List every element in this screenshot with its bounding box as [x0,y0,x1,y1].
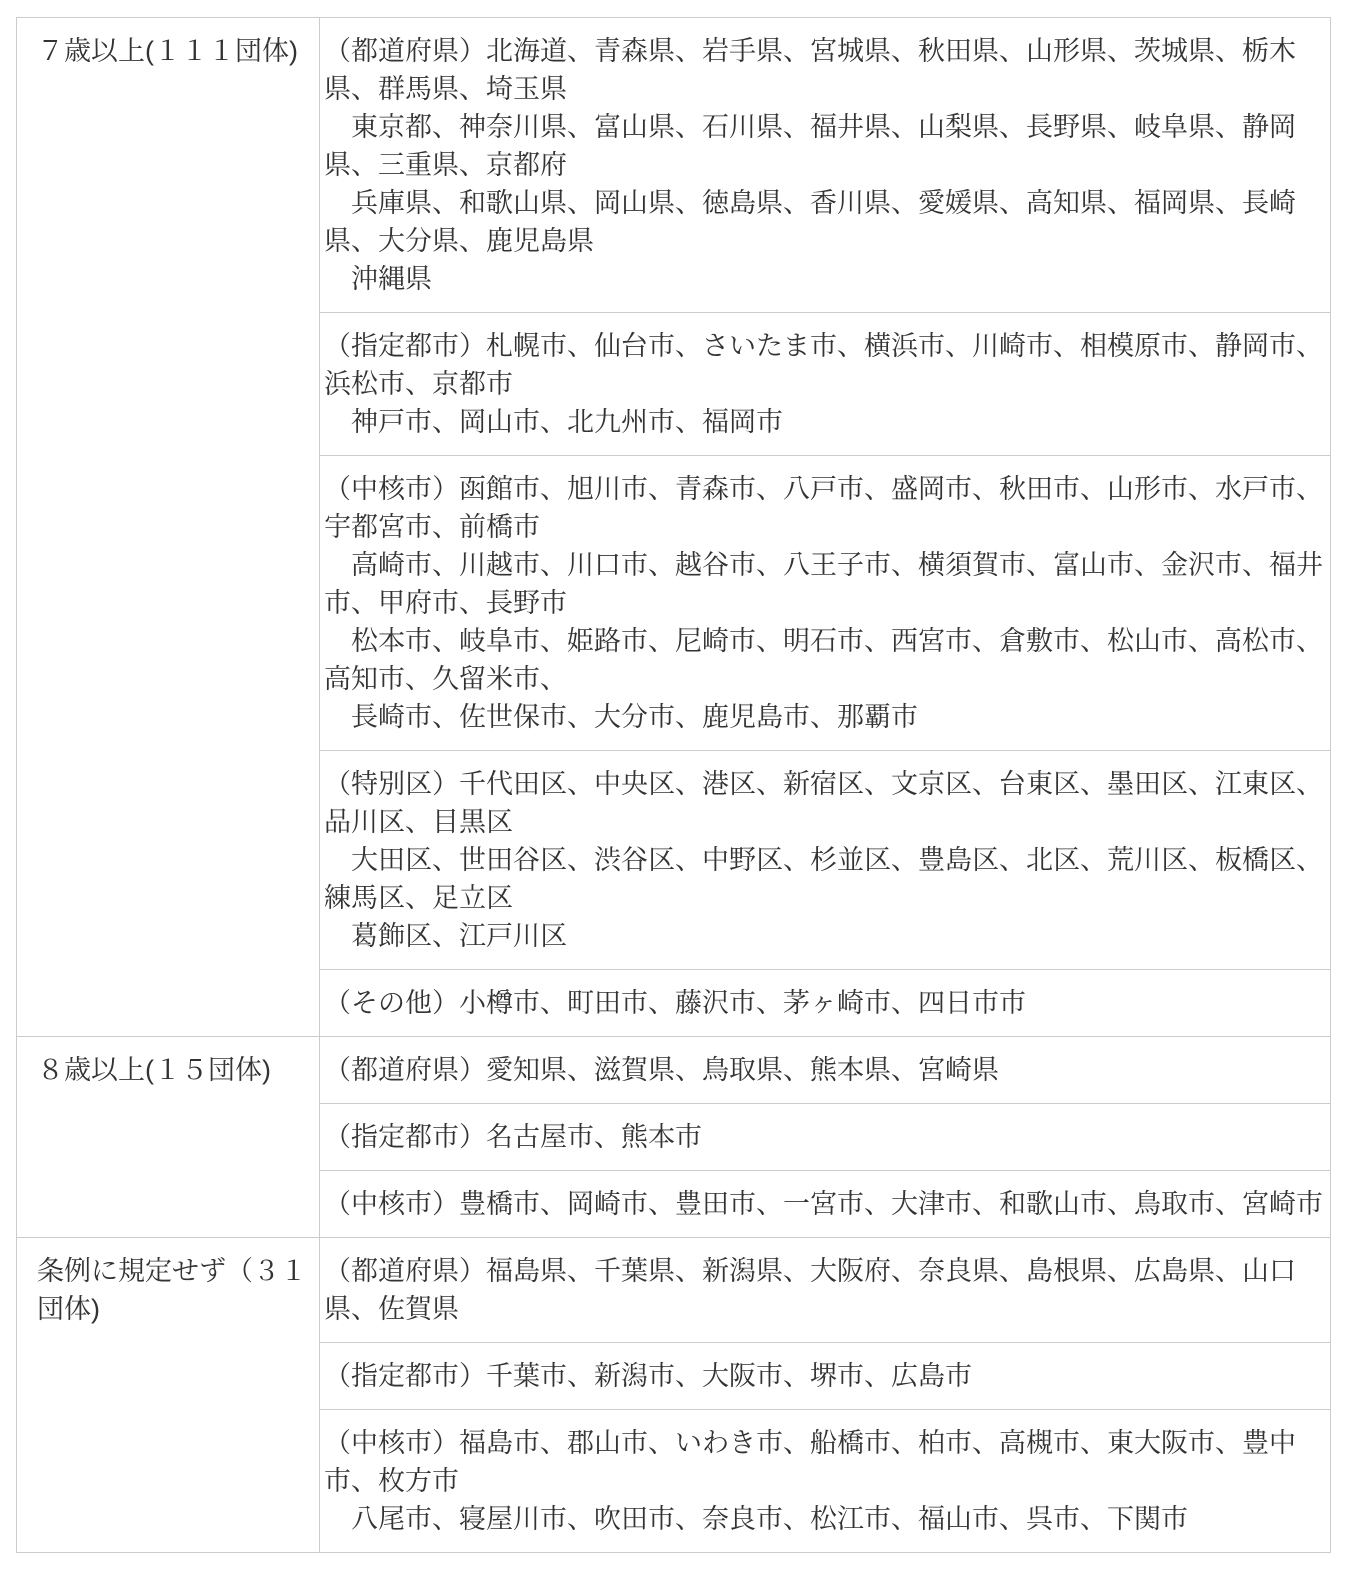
jurisdiction-cell-others: （その他）小樽市、町田市、藤沢市、茅ヶ崎市、四日市市 [320,970,1331,1037]
jurisdiction-cell-core-cities: （中核市）豊橋市、岡崎市、豊田市、一宮市、大津市、和歌山市、鳥取市、宮崎市 [320,1171,1331,1238]
age-category-label: ７歳以上(１１１団体) [17,18,320,1037]
jurisdiction-cell-designated-cities: （指定都市）札幌市、仙台市、さいたま市、横浜市、川崎市、相模原市、静岡市、浜松市… [320,313,1331,456]
jurisdiction-cell-designated-cities: （指定都市）名古屋市、熊本市 [320,1104,1331,1171]
jurisdiction-cell-prefectures: （都道府県）北海道、青森県、岩手県、宮城県、秋田県、山形県、茨城県、栃木県、群馬… [320,18,1331,313]
jurisdiction-cell-designated-cities: （指定都市）千葉市、新潟市、大阪市、堺市、広島市 [320,1343,1331,1410]
table-row: ８歳以上(１５団体) （都道府県）愛知県、滋賀県、鳥取県、熊本県、宮崎県 [17,1037,1331,1104]
age-category-label: ８歳以上(１５団体) [17,1037,320,1238]
jurisdiction-cell-special-wards: （特別区）千代田区、中央区、港区、新宿区、文京区、台東区、墨田区、江東区、品川区… [320,751,1331,970]
jurisdiction-cell-prefectures: （都道府県）福島県、千葉県、新潟県、大阪府、奈良県、島根県、広島県、山口県、佐賀… [320,1238,1331,1343]
age-jurisdiction-table: ７歳以上(１１１団体) （都道府県）北海道、青森県、岩手県、宮城県、秋田県、山形… [16,17,1331,1553]
jurisdiction-cell-prefectures: （都道府県）愛知県、滋賀県、鳥取県、熊本県、宮崎県 [320,1037,1331,1104]
page: ７歳以上(１１１団体) （都道府県）北海道、青森県、岩手県、宮城県、秋田県、山形… [0,0,1347,1577]
age-category-label: 条例に規定せず（３１団体) [17,1238,320,1553]
table-row: ７歳以上(１１１団体) （都道府県）北海道、青森県、岩手県、宮城県、秋田県、山形… [17,18,1331,313]
jurisdiction-cell-core-cities: （中核市）福島市、郡山市、いわき市、船橋市、柏市、高槻市、東大阪市、豊中市、枚方… [320,1410,1331,1553]
jurisdiction-cell-core-cities: （中核市）函館市、旭川市、青森市、八戸市、盛岡市、秋田市、山形市、水戸市、宇都宮… [320,456,1331,751]
table-row: 条例に規定せず（３１団体) （都道府県）福島県、千葉県、新潟県、大阪府、奈良県、… [17,1238,1331,1343]
